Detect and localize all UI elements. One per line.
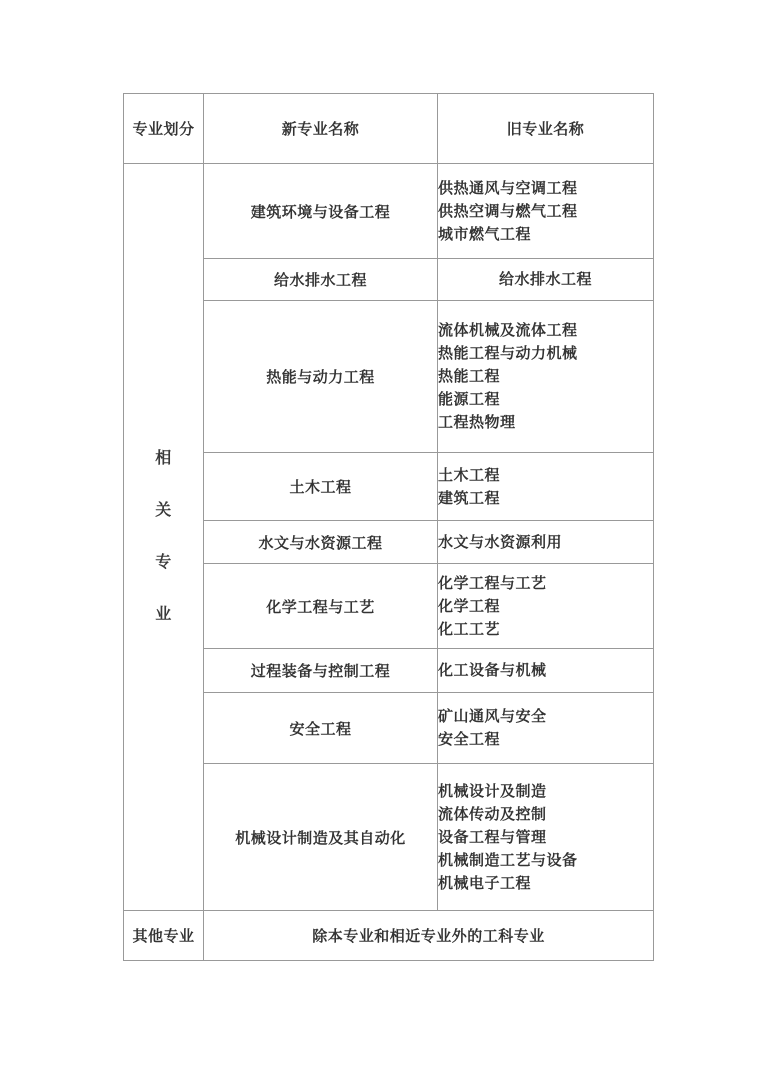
new-major-cell: 水文与水资源工程 [204,521,438,564]
old-major-line: 机械电子工程 [438,872,653,895]
old-major-line: 化工工艺 [438,618,653,641]
table-row: 机械设计制造及其自动化 机械设计及制造 流体传动及控制 设备工程与管理 机械制造… [124,764,654,911]
table-row: 土木工程 土木工程 建筑工程 [124,453,654,521]
old-major-cell: 矿山通风与安全 安全工程 [438,693,654,764]
old-major-line: 机械设计及制造 [438,780,653,803]
other-majors-label-cell: 其他专业 [124,911,204,961]
new-major-cell: 土木工程 [204,453,438,521]
old-major-cell: 机械设计及制造 流体传动及控制 设备工程与管理 机械制造工艺与设备 机械电子工程 [438,764,654,911]
table-row: 化学工程与工艺 化学工程与工艺 化学工程 化工工艺 [124,564,654,649]
new-major-cell: 热能与动力工程 [204,301,438,453]
other-majors-value-cell: 除本专业和相近专业外的工科专业 [204,911,654,961]
old-major-line: 安全工程 [438,728,653,751]
table-header-row: 专业划分 新专业名称 旧专业名称 [124,94,654,164]
new-major-cell: 安全工程 [204,693,438,764]
vertical-label-char: 专 [155,555,172,571]
old-major-line: 土木工程 [438,464,653,487]
header-cell-division: 专业划分 [124,94,204,164]
old-major-line: 机械制造工艺与设备 [438,849,653,872]
old-major-line: 水文与水资源利用 [438,531,653,554]
old-major-line: 流体机械及流体工程 [438,319,653,342]
old-major-cell: 化学工程与工艺 化学工程 化工工艺 [438,564,654,649]
old-major-line: 城市燃气工程 [438,223,653,246]
new-major-cell: 过程装备与控制工程 [204,649,438,693]
old-major-cell: 化工设备与机械 [438,649,654,693]
old-major-cell: 供热通风与空调工程 供热空调与燃气工程 城市燃气工程 [438,164,654,259]
new-major-cell: 建筑环境与设备工程 [204,164,438,259]
vertical-label-char: 业 [155,607,172,623]
related-majors-vertical-label: 相 关 专 业 [124,451,203,623]
table-row: 过程装备与控制工程 化工设备与机械 [124,649,654,693]
old-major-line: 化工设备与机械 [438,659,653,682]
table-row: 安全工程 矿山通风与安全 安全工程 [124,693,654,764]
old-major-line: 矿山通风与安全 [438,705,653,728]
document-page: 专业划分 新专业名称 旧专业名称 相 关 专 业 建筑环境与设备工程 供热通风与… [0,0,763,1080]
old-major-cell: 给水排水工程 [438,259,654,301]
old-major-line: 供热通风与空调工程 [438,177,653,200]
table-row: 热能与动力工程 流体机械及流体工程 热能工程与动力机械 热能工程 能源工程 工程… [124,301,654,453]
old-major-line: 热能工程与动力机械 [438,342,653,365]
old-major-line: 设备工程与管理 [438,826,653,849]
old-major-line: 化学工程与工艺 [438,572,653,595]
old-major-line: 化学工程 [438,595,653,618]
related-majors-label-cell: 相 关 专 业 [124,164,204,911]
new-major-cell: 给水排水工程 [204,259,438,301]
old-major-line: 工程热物理 [438,411,653,434]
new-major-cell: 机械设计制造及其自动化 [204,764,438,911]
vertical-label-char: 相 [155,451,172,467]
table-row-other: 其他专业 除本专业和相近专业外的工科专业 [124,911,654,961]
vertical-label-char: 关 [155,503,172,519]
old-major-line: 给水排水工程 [438,268,653,291]
header-cell-old-name: 旧专业名称 [438,94,654,164]
new-major-cell: 化学工程与工艺 [204,564,438,649]
major-mapping-table: 专业划分 新专业名称 旧专业名称 相 关 专 业 建筑环境与设备工程 供热通风与… [123,93,654,961]
table-row: 水文与水资源工程 水文与水资源利用 [124,521,654,564]
header-cell-new-name: 新专业名称 [204,94,438,164]
old-major-cell: 水文与水资源利用 [438,521,654,564]
old-major-cell: 土木工程 建筑工程 [438,453,654,521]
old-major-line: 供热空调与燃气工程 [438,200,653,223]
old-major-line: 能源工程 [438,388,653,411]
old-major-line: 热能工程 [438,365,653,388]
old-major-cell: 流体机械及流体工程 热能工程与动力机械 热能工程 能源工程 工程热物理 [438,301,654,453]
old-major-line: 建筑工程 [438,487,653,510]
old-major-line: 流体传动及控制 [438,803,653,826]
table-row: 给水排水工程 给水排水工程 [124,259,654,301]
table-row: 相 关 专 业 建筑环境与设备工程 供热通风与空调工程 供热空调与燃气工程 城市… [124,164,654,259]
